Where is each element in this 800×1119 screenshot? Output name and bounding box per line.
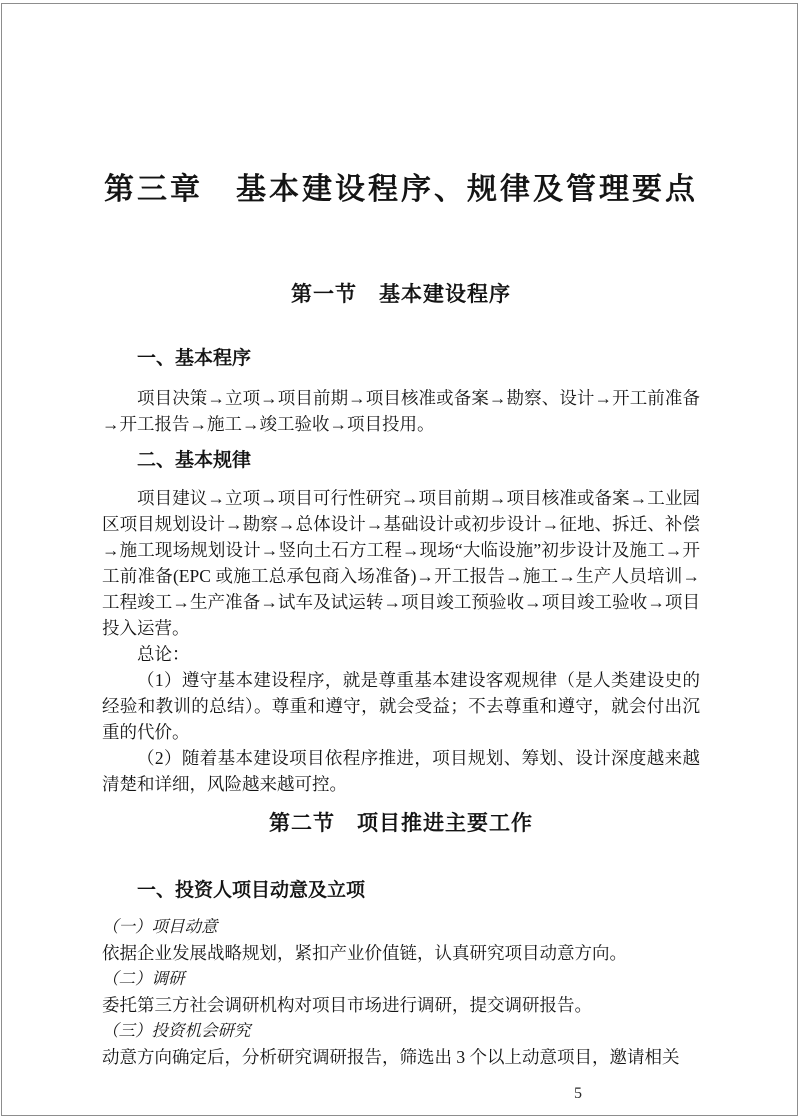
- basic-law-flow-paragraph: 项目建议→立项→项目可行性研究→项目前期→项目核准或备案→工业园区项目规划设计→…: [102, 485, 700, 641]
- item-3-label: （三）投资机会研究: [102, 1018, 700, 1044]
- item-2-label: （二）调研: [102, 966, 700, 992]
- section1-subheading-basic-procedure: 一、基本程序: [137, 345, 700, 373]
- item-3-text: 动意方向确定后，分析研究调研报告，筛选出 3 个以上动意项目，邀请相关: [102, 1044, 700, 1070]
- section1-subheading-basic-law: 二、基本规律: [137, 447, 700, 475]
- section1-title: 第一节 基本建设程序: [102, 280, 700, 310]
- basic-procedure-flow-paragraph: 项目决策→立项→项目前期→项目核准或备案→勘察、设计→开工前准备→开工报告→施工…: [102, 385, 700, 437]
- item-2-text: 委托第三方社会调研机构对项目市场进行调研，提交调研报告。: [102, 992, 700, 1018]
- summary-point-1: （1）遵守基本建设程序，就是尊重基本建设客观规律（是人类建设史的经验和教训的总结…: [102, 667, 700, 745]
- summary-point-2: （2）随着基本建设项目依程序推进，项目规划、筹划、设计深度越来越清楚和详细，风险…: [102, 745, 700, 797]
- page-number: 5: [102, 1084, 700, 1104]
- section2-subheading-investor-initiation: 一、投资人项目动意及立项: [137, 877, 700, 905]
- summary-label: 总论：: [102, 641, 700, 667]
- item-1-text: 依据企业发展战略规划，紧扣产业价值链，认真研究项目动意方向。: [102, 940, 700, 966]
- item-1-label: （一）项目动意: [102, 914, 700, 940]
- section2-title: 第二节 项目推进主要工作: [102, 809, 700, 839]
- document-page: 第三章 基本建设程序、规律及管理要点 第一节 基本建设程序 一、基本程序 项目决…: [0, 0, 800, 1119]
- chapter-title: 第三章 基本建设程序、规律及管理要点: [102, 168, 700, 212]
- section2-items: （一）项目动意 依据企业发展战略规划，紧扣产业价值链，认真研究项目动意方向。 （…: [102, 914, 700, 1070]
